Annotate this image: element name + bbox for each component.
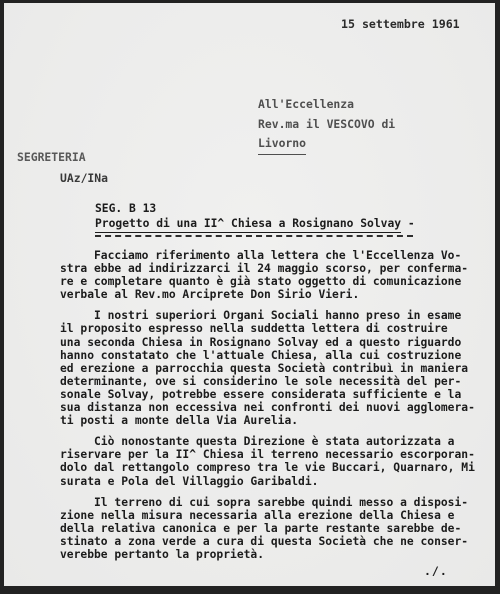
- subject-title: Progetto di una II^ Chiesa a Rosignano S…: [95, 216, 401, 233]
- recipient-city-underlined: Livorno: [258, 134, 306, 155]
- scan-frame: 15 settembre 1961 All'Eccellenza Rev.ma …: [0, 0, 500, 594]
- letter-page: 15 settembre 1961 All'Eccellenza Rev.ma …: [4, 3, 495, 586]
- continuation-mark: ./.: [424, 564, 448, 578]
- recipient-block: All'Eccellenza Rev.ma il VESCOVO di Livo…: [258, 95, 395, 155]
- subject-dashed-underline: [95, 235, 413, 237]
- recipient-line-2: Rev.ma il VESCOVO di: [258, 115, 395, 135]
- subject-title-line: Progetto di una II^ Chiesa a Rosignano S…: [95, 216, 415, 233]
- subject-title-suffix: -: [401, 217, 415, 230]
- body-paragraph-3: Ciò nonostante questa Direzione è stata …: [60, 435, 492, 487]
- subject-block: SEG. B 13 Progetto di una II^ Chiesa a R…: [95, 201, 415, 237]
- office-block: SEGRETERIA UAz/INa: [17, 147, 108, 189]
- body-paragraph-2: I nostri superiori Organi Sociali hanno …: [60, 309, 492, 427]
- recipient-city: Livorno: [258, 134, 395, 155]
- letter-body: Facciamo riferimento alla lettera che l'…: [60, 249, 492, 569]
- body-paragraph-4: Il terreno di cui sopra sarebbe quindi m…: [60, 496, 492, 561]
- subject-code: SEG. B 13: [95, 201, 415, 216]
- office-reference: UAz/INa: [60, 168, 108, 189]
- recipient-line-1: All'Eccellenza: [258, 95, 395, 115]
- body-paragraph-1: Facciamo riferimento alla lettera che l'…: [60, 249, 492, 301]
- office-department: SEGRETERIA: [17, 147, 108, 168]
- letter-date: 15 settembre 1961: [341, 17, 460, 31]
